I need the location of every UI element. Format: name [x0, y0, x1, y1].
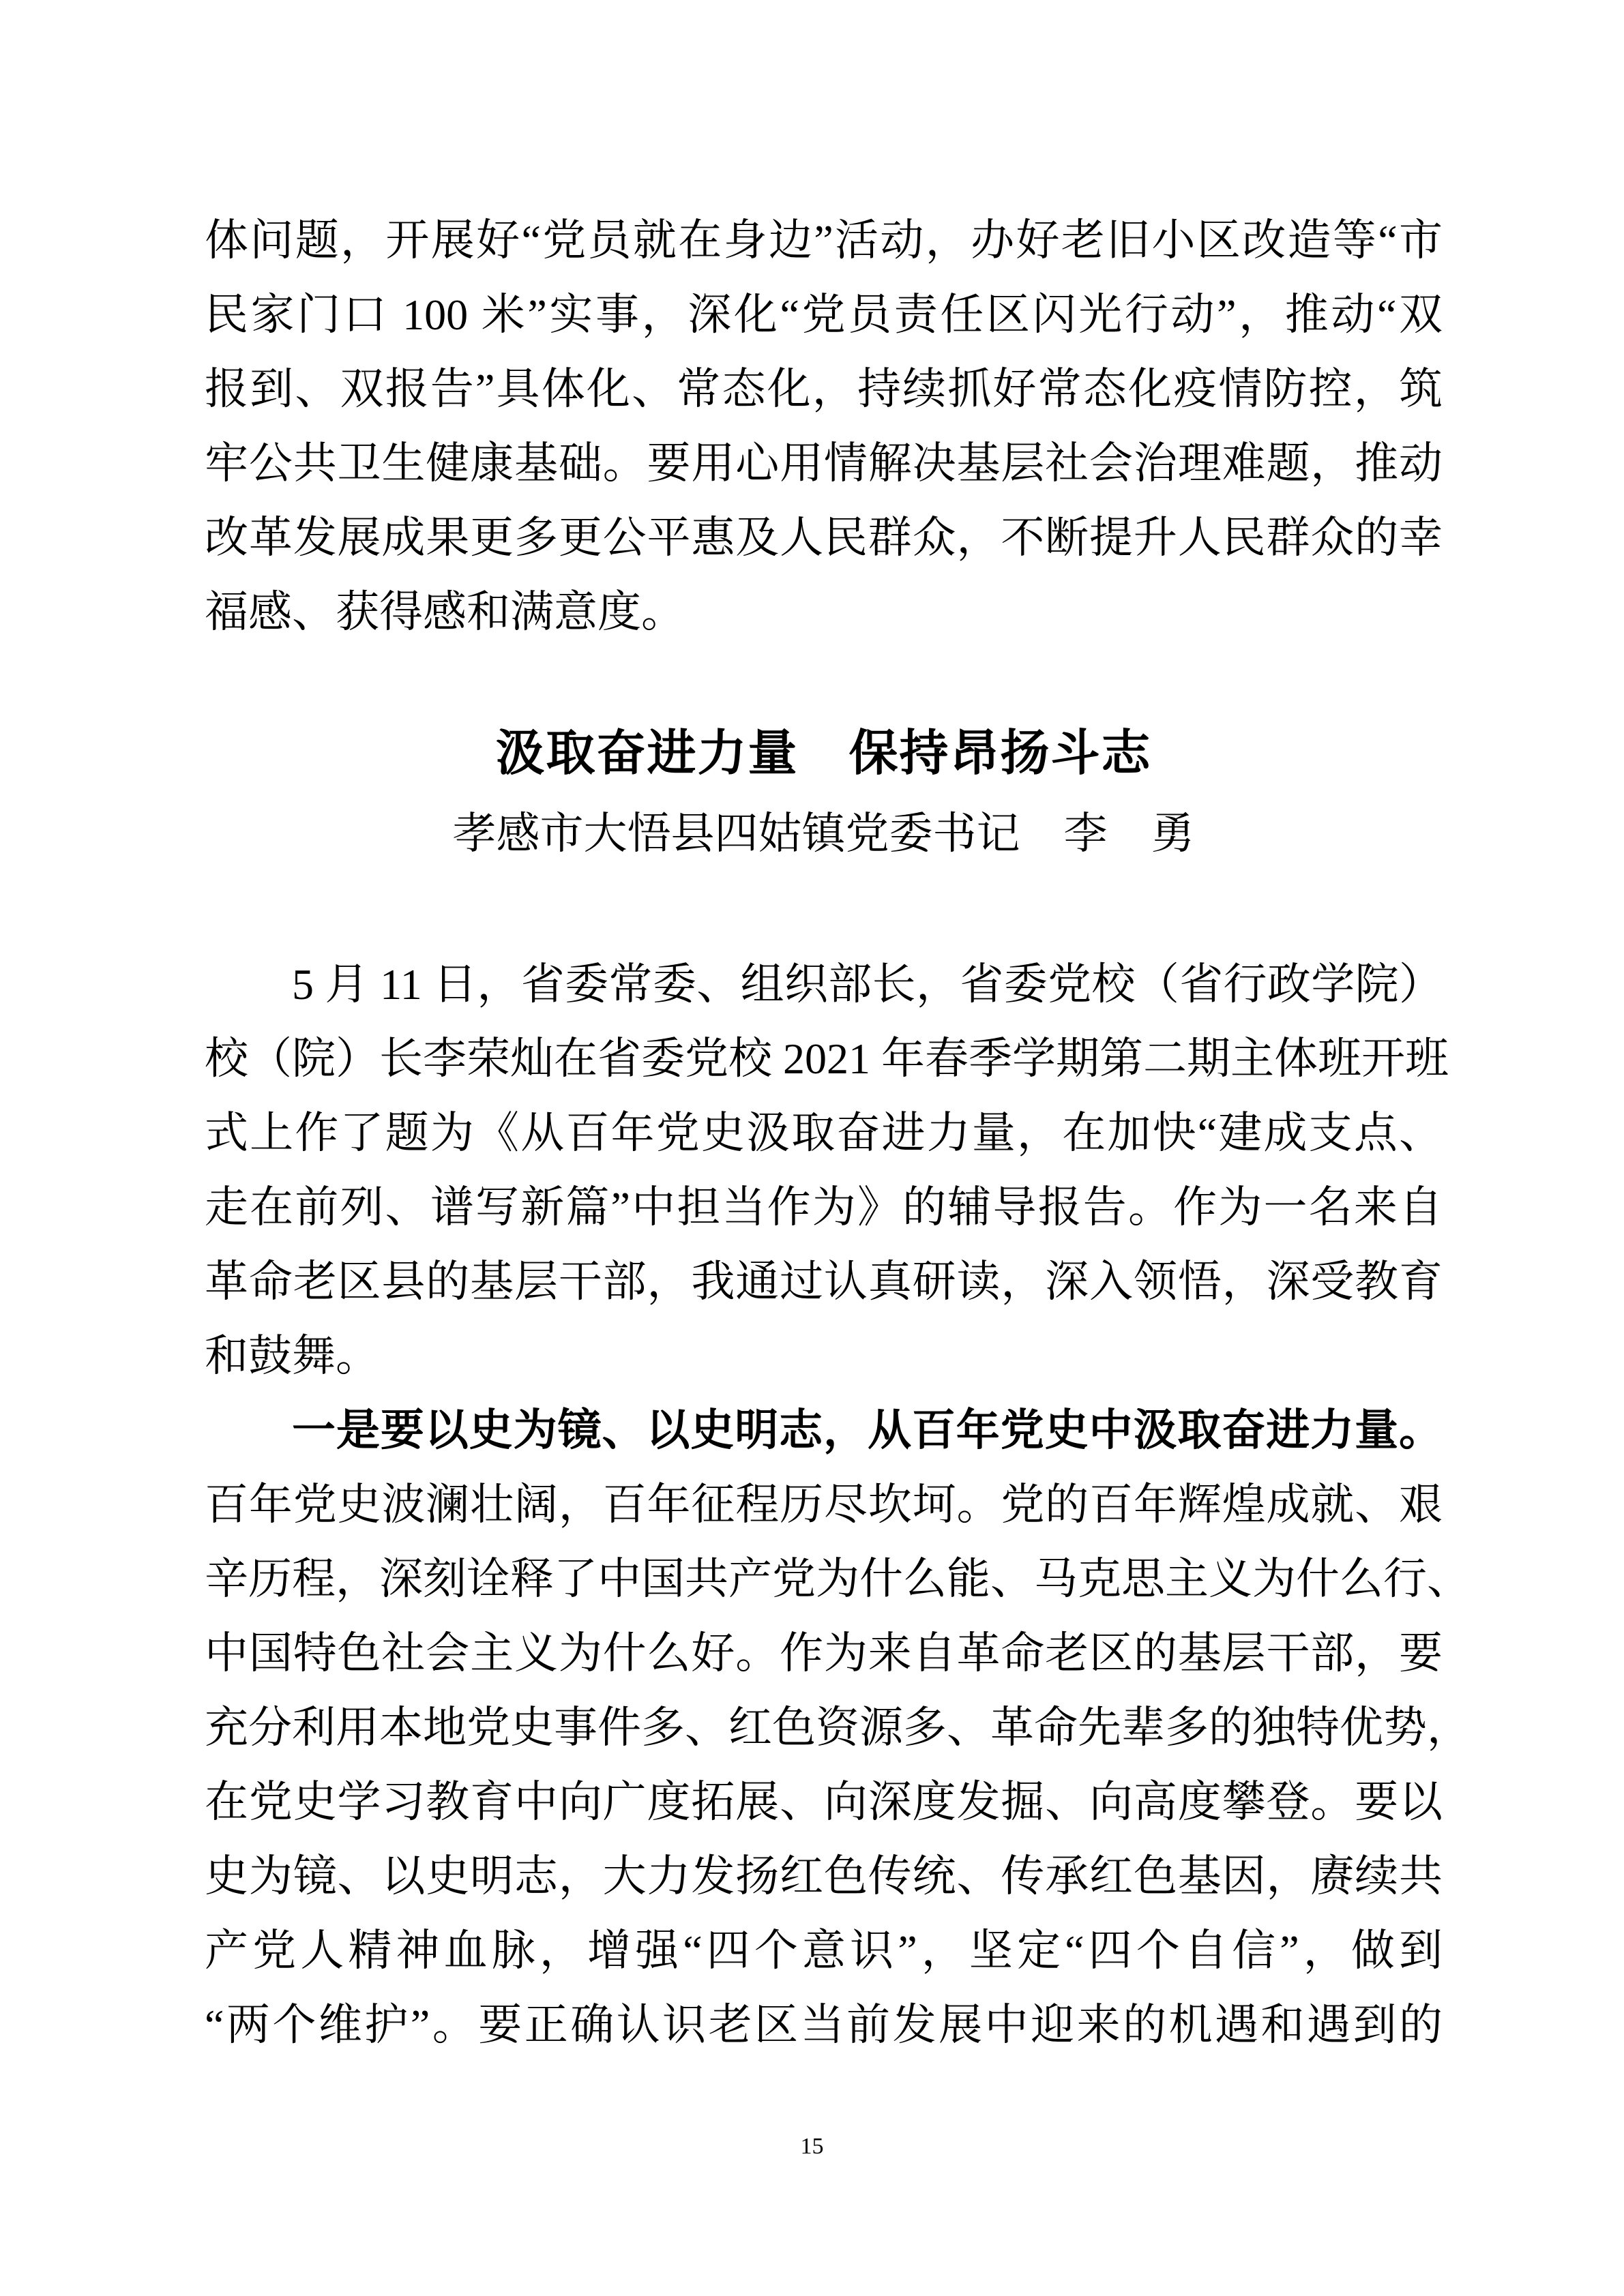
text-line: 和鼓舞。 — [205, 1319, 1443, 1393]
text-line: 校（院）长李荣灿在省委党校 2021 年春季学期第二期主体班开班 — [205, 1022, 1443, 1096]
article-byline: 孝感市大悟县四姑镇党委书记 李 勇 — [205, 796, 1443, 871]
text-line: 中国特色社会主义为什么好。作为来自革命老区的基层干部，要 — [205, 1616, 1443, 1690]
text-line: 史为镜、以史明志，大力发扬红色传统、传承红色基因，赓续共 — [205, 1839, 1443, 1913]
text-line: “两个维护”。要正确认识老区当前发展中迎来的机遇和遇到的 — [205, 1988, 1443, 2062]
paragraph-point-one: 一是要以史为镜、以史明志，从百年党史中汲取奋进力量。百年党史波澜壮阔，百年征程历… — [205, 1393, 1443, 2062]
text-line: 在党史学习教育中向广度拓展、向深度发掘、向高度攀登。要以 — [205, 1765, 1443, 1839]
text-line: 革命老区县的基层干部，我通过认真研读，深入领悟，深受教育 — [205, 1244, 1443, 1319]
paragraph-continuation: 体问题，开展好“党员就在身边”活动，办好老旧小区改造等“市民家门口 100 米”… — [205, 203, 1443, 649]
text-line: 报到、双报告”具体化、常态化，持续抓好常态化疫情防控，筑 — [205, 352, 1443, 426]
text-line: 百年党史波澜壮阔，百年征程历尽坎坷。党的百年辉煌成就、艰 — [205, 1467, 1443, 1542]
text-line: 产党人精神血脉，增强“四个意识”，坚定“四个自信”，做到 — [205, 1913, 1443, 1988]
text-line: 5 月 11 日，省委常委、组织部长，省委党校（省行政学院） — [205, 947, 1443, 1022]
paragraph-report-intro: 5 月 11 日，省委常委、组织部长，省委党校（省行政学院）校（院）长李荣灿在省… — [205, 947, 1443, 1393]
text-line: 牢公共卫生健康基础。要用心用情解决基层社会治理难题，推动 — [205, 426, 1443, 501]
text-line: 一是要以史为镜、以史明志，从百年党史中汲取奋进力量。 — [205, 1393, 1443, 1467]
document-page: 体问题，开展好“党员就在身边”活动，办好老旧小区改造等“市民家门口 100 米”… — [0, 0, 1624, 2296]
text-line: 式上作了题为《从百年党史汲取奋进力量，在加快“建成支点、 — [205, 1096, 1443, 1170]
text-line: 改革发展成果更多更公平惠及人民群众，不断提升人民群众的幸 — [205, 501, 1443, 575]
article-title: 汲取奋进力量 保持昂扬斗志 — [205, 717, 1443, 791]
text-line: 福感、获得感和满意度。 — [205, 575, 1443, 649]
text-line: 走在前列、谱写新篇”中担当作为》的辅导报告。作为一名来自 — [205, 1170, 1443, 1244]
text-line: 辛历程，深刻诠释了中国共产党为什么能、马克思主义为什么行、 — [205, 1542, 1443, 1616]
page-number: 15 — [0, 2129, 1624, 2164]
text-line: 充分利用本地党史事件多、红色资源多、革命先辈多的独特优势， — [205, 1690, 1443, 1765]
text-line: 民家门口 100 米”实事，深化“党员责任区闪光行动”，推动“双 — [205, 278, 1443, 352]
text-line: 体问题，开展好“党员就在身边”活动，办好老旧小区改造等“市 — [205, 203, 1443, 278]
page-content: 体问题，开展好“党员就在身边”活动，办好老旧小区改造等“市民家门口 100 米”… — [205, 0, 1443, 2062]
